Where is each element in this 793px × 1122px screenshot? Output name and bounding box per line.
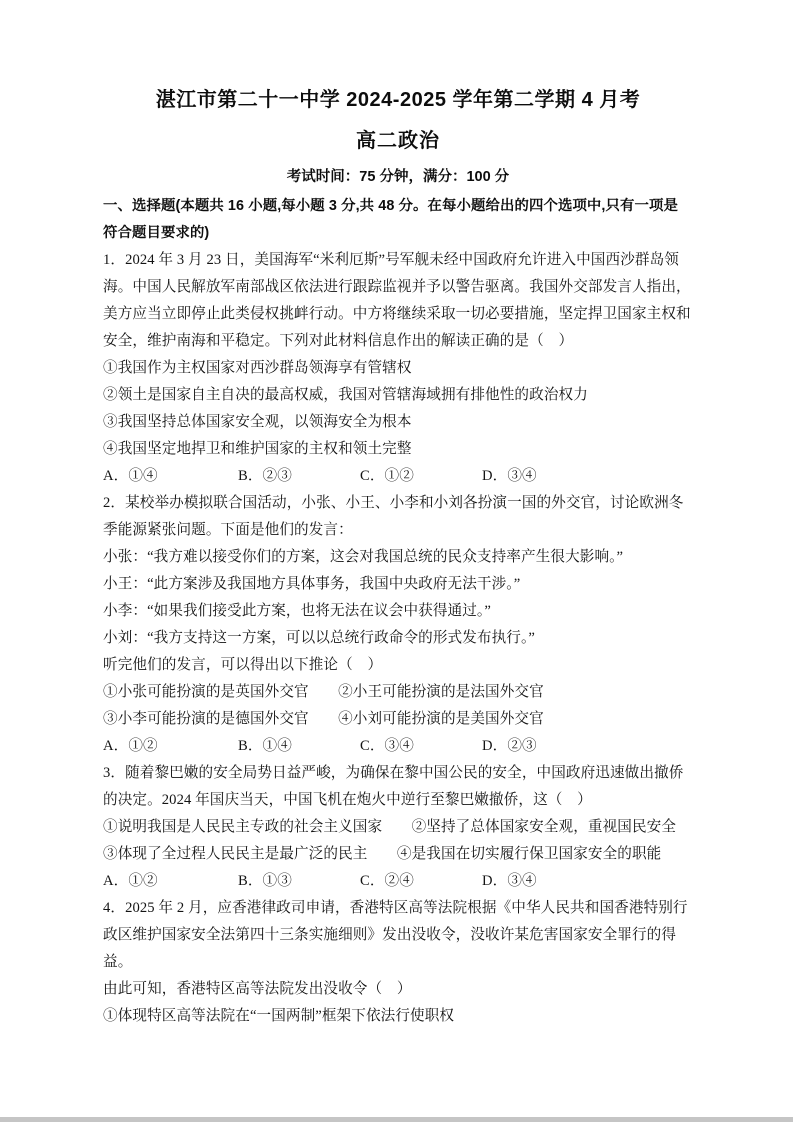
choice-option-d: D．②③: [482, 733, 537, 760]
question-3: 3．随着黎巴嫩的安全局势日益严峻，为确保在黎中国公民的安全，中国政府迅速做出撤侨…: [103, 760, 693, 895]
page-bottom-divider: [0, 1117, 793, 1122]
question-line: 美方应当立即停止此类侵权挑衅行动。中方将继续采取一切必要措施，坚定捍卫国家主权和: [103, 301, 693, 328]
question-statement-item: ③体现了全过程人民民主是最广泛的民主 ④是我国在切实履行保卫国家安全的职能: [103, 841, 693, 868]
choice-option-b: B．①③: [238, 868, 360, 895]
choice-option-b: B．①④: [238, 733, 360, 760]
question-line: 4．2025 年 2 月，应香港律政司申请，香港特区高等法院根据《中华人民共和国…: [103, 895, 693, 922]
exam-subject-title: 高二政治: [103, 129, 693, 153]
question-line: 1．2024 年 3 月 23 日，美国海军“米利厄斯”号军舰未经中国政府允许进…: [103, 247, 693, 274]
section-heading-line: 符合题目要求的): [103, 220, 693, 247]
question-line: 2．某校举办模拟联合国活动，小张、小王、小李和小刘各扮演一国的外交官，讨论欧洲冬: [103, 490, 693, 517]
choice-row: A．①④ B．②③ C．①② D．③④: [103, 463, 693, 490]
choice-option-b: B．②③: [238, 463, 360, 490]
question-line: 海。中国人民解放军南部战区依法进行跟踪监视并予以警告驱离。我国外交部发言人指出，: [103, 274, 693, 301]
choice-option-c: C．③④: [360, 733, 482, 760]
exam-title: 湛江市第二十一中学 2024-2025 学年第二学期 4 月考: [103, 88, 693, 112]
question-statement-item: ①体现特区高等法院在“一国两制”框架下依法行使职权: [103, 1003, 693, 1030]
question-line: 由此可知，香港特区高等法院发出没收令（ ）: [103, 976, 693, 1003]
question-line: 的决定。2024 年国庆当天，中国飞机在炮火中逆行至黎巴嫩撤侨，这（ ）: [103, 787, 693, 814]
dialog-line: 小王：“此方案涉及我国地方具体事务，我国中央政府无法干涉。”: [103, 571, 693, 598]
choice-option-d: D．③④: [482, 868, 537, 895]
choice-option-c: C．①②: [360, 463, 482, 490]
question-line: 季能源紧张问题。下面是他们的发言：: [103, 517, 693, 544]
question-line: 3．随着黎巴嫩的安全局势日益严峻，为确保在黎中国公民的安全，中国政府迅速做出撤侨: [103, 760, 693, 787]
exam-body: 一、选择题(本题共 16 小题,每小题 3 分,共 48 分。在每小题给出的四个…: [103, 193, 693, 1030]
question-statement-item: ①说明我国是人民民主专政的社会主义国家 ②坚持了总体国家安全观，重视国民安全: [103, 814, 693, 841]
question-4: 4．2025 年 2 月，应香港律政司申请，香港特区高等法院根据《中华人民共和国…: [103, 895, 693, 1030]
exam-paper-page: 湛江市第二十一中学 2024-2025 学年第二学期 4 月考 高二政治 考试时…: [0, 0, 793, 1122]
choice-option-c: C．②④: [360, 868, 482, 895]
question-2: 2．某校举办模拟联合国活动，小张、小王、小李和小刘各扮演一国的外交官，讨论欧洲冬…: [103, 490, 693, 760]
exam-header: 湛江市第二十一中学 2024-2025 学年第二学期 4 月考 高二政治 考试时…: [103, 88, 693, 186]
choice-option-a: A．①④: [103, 463, 238, 490]
question-1: 1．2024 年 3 月 23 日，美国海军“米利厄斯”号军舰未经中国政府允许进…: [103, 247, 693, 490]
question-line: 政区维护国家安全法第四十三条实施细则》发出没收令，没收许某危害国家安全罪行的得益…: [103, 922, 693, 976]
dialog-line: 小刘：“我方支持这一方案，可以以总统行政命令的形式发布执行。”: [103, 625, 693, 652]
choice-row: A．①② B．①③ C．②④ D．③④: [103, 868, 693, 895]
dialog-line: 小李：“如果我们接受此方案，也将无法在议会中获得通过。”: [103, 598, 693, 625]
choice-option-a: A．①②: [103, 733, 238, 760]
question-statement-item: ③我国坚持总体国家安全观，以领海安全为根本: [103, 409, 693, 436]
choice-option-d: D．③④: [482, 463, 537, 490]
question-statement-item: ③小李可能扮演的是德国外交官 ④小刘可能扮演的是美国外交官: [103, 706, 693, 733]
dialog-line: 小张：“我方难以接受你们的方案，这会对我国总统的民众支持率产生很大影响。”: [103, 544, 693, 571]
choice-option-a: A．①②: [103, 868, 238, 895]
question-statement-item: ④我国坚定地捍卫和维护国家的主权和领土完整: [103, 436, 693, 463]
question-statement-item: ①小张可能扮演的是英国外交官 ②小王可能扮演的是法国外交官: [103, 679, 693, 706]
question-statement-item: ①我国作为主权国家对西沙群岛领海享有管辖权: [103, 355, 693, 382]
choice-row: A．①② B．①④ C．③④ D．②③: [103, 733, 693, 760]
question-line: 安全，维护南海和平稳定。下列对此材料信息作出的解读正确的是（ ）: [103, 328, 693, 355]
question-line: 听完他们的发言，可以得出以下推论（ ）: [103, 652, 693, 679]
section-heading-line: 一、选择题(本题共 16 小题,每小题 3 分,共 48 分。在每小题给出的四个…: [103, 193, 693, 220]
page-content: 湛江市第二十一中学 2024-2025 学年第二学期 4 月考 高二政治 考试时…: [0, 0, 793, 1030]
exam-info-line: 考试时间：75 分钟，满分：100 分: [103, 168, 693, 186]
question-statement-item: ②领土是国家自主自决的最高权威，我国对管辖海域拥有排他性的政治权力: [103, 382, 693, 409]
